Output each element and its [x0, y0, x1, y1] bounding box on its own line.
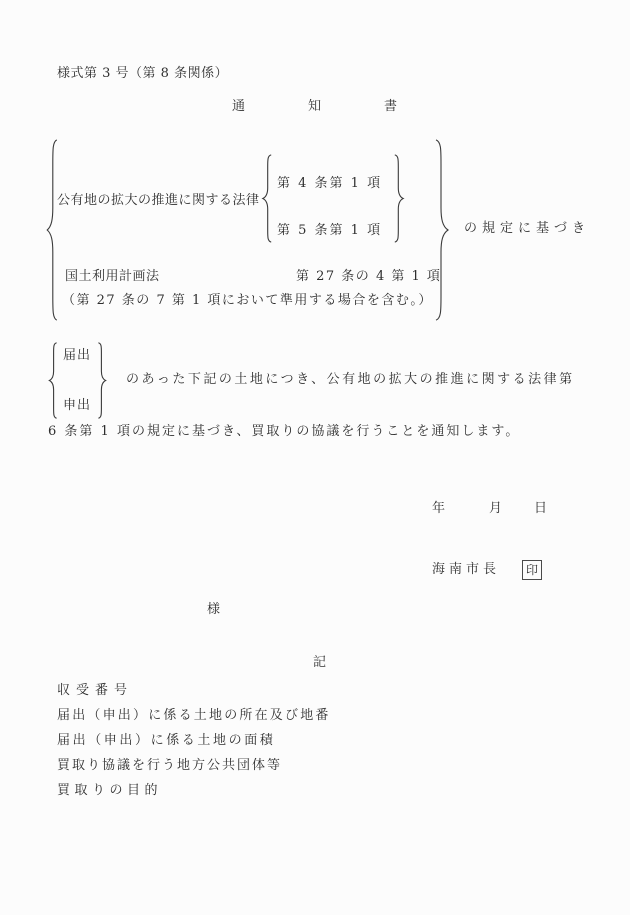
- title-char-1: 通: [232, 95, 245, 114]
- law1-article-top: 第 4 条第 1 項: [277, 176, 382, 192]
- small-left-brace: [47, 342, 59, 419]
- law1-article-bottom: 第 5 条第 1 項: [277, 223, 382, 239]
- title-char-3: 書: [384, 95, 397, 114]
- record-item-list: 収受番号 届出（申出）に係る土地の所在及び地番 届出（申出）に係る土地の面積 買…: [57, 679, 331, 804]
- title-char-2: 知: [308, 95, 321, 114]
- document-title: 通 知 書: [232, 95, 397, 114]
- record-item: 買取りの目的: [57, 779, 331, 804]
- seal-mark: 印: [522, 560, 542, 580]
- body-sentence-line1: のあった下記の土地につき、公有地の拡大の推進に関する法律第: [126, 372, 575, 388]
- option-moushide: 申出: [63, 398, 91, 414]
- record-item: 届出（申出）に係る土地の面積: [57, 729, 331, 754]
- form-number-label: 様式第 3 号（第 8 条関係）: [57, 66, 228, 82]
- date-year-label: 年: [432, 501, 445, 517]
- date-day-label: 日: [534, 501, 547, 517]
- record-heading: 記: [313, 655, 326, 671]
- small-right-brace: [96, 342, 108, 419]
- inner-left-brace: [260, 154, 274, 243]
- option-todokede: 届出: [63, 348, 91, 364]
- law1-name: 公有地の拡大の推進に関する法律: [57, 193, 260, 209]
- body-sentence-line2: 6 条第 1 項の規定に基づき、買取りの協議を行うことを通知します。: [48, 424, 520, 440]
- law2-note: （第 27 条の 7 第 1 項において準用する場合を含む。）: [62, 293, 433, 309]
- record-item: 収受番号: [57, 679, 331, 704]
- basis-suffix-text: の規定に基づき: [464, 221, 590, 237]
- record-item: 買取り協議を行う地方公共団体等: [57, 754, 331, 779]
- record-item: 届出（申出）に係る土地の所在及び地番: [57, 704, 331, 729]
- outer-left-brace: [44, 138, 60, 322]
- inner-right-brace: [392, 154, 406, 243]
- addressee-suffix: 様: [207, 602, 220, 618]
- issuer-name: 海南市長: [432, 562, 500, 578]
- law2-article: 第 27 条の 4 第 1 項: [296, 269, 441, 285]
- date-month-label: 月: [489, 501, 502, 517]
- notification-form-page: 様式第 3 号（第 8 条関係） 通 知 書 公有地の拡大の推進に関する法律 第…: [0, 0, 630, 915]
- law2-name: 国土利用計画法: [65, 269, 160, 285]
- outer-right-brace: [432, 138, 452, 322]
